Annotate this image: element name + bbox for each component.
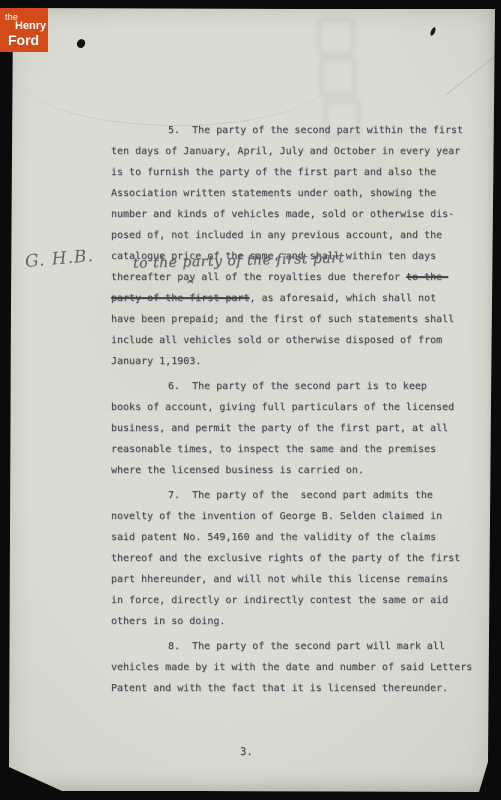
text-line: part hhereunder, and will not while this… xyxy=(111,569,483,590)
insertion-caret-mark: ^ xyxy=(187,274,194,295)
text-line: include all vehicles sold or otherwise d… xyxy=(111,330,483,351)
text-line: 6. The party of the second part is to ke… xyxy=(111,376,483,397)
text-line: reasonable times, to inspect the same an… xyxy=(111,439,483,460)
text-line: Association written statements under oat… xyxy=(111,183,483,204)
text-line: is to furnish the party of the first par… xyxy=(111,162,483,183)
text-line: have been prepaid; and the first of such… xyxy=(111,309,483,330)
text-segment: is to furnish the party of the first par… xyxy=(111,167,436,178)
fold-crease-line xyxy=(22,30,332,126)
text-segment: business, and permit the party of the fi… xyxy=(111,423,448,434)
text-line: ten days of January, April, July and Oct… xyxy=(111,141,483,162)
henry-ford-logo: the Henry Ford xyxy=(0,8,48,52)
page-number: 3. xyxy=(240,746,253,758)
text-segment: ten days of January, April, July and Oct… xyxy=(111,146,460,157)
text-segment: 6. The party of the second part is to ke… xyxy=(168,381,427,392)
text-line: 8. The party of the second part will mar… xyxy=(111,636,483,657)
text-segment: in force, directly or indirectly contest… xyxy=(111,595,448,606)
text-segment: , as aforesaid, which shall not xyxy=(249,293,436,304)
logo-word-henry: Henry xyxy=(15,21,46,32)
text-segment: 8. The party of the second part will mar… xyxy=(168,641,445,652)
text-segment: books of account, giving full particular… xyxy=(111,402,454,413)
text-line: where the licensed business is carried o… xyxy=(111,460,483,481)
text-line: 5. The party of the second part within t… xyxy=(111,120,483,141)
text-line: Patent and with the fact that it is lice… xyxy=(111,678,483,699)
paper-watermark xyxy=(318,18,354,56)
paragraph: 5. The party of the second part within t… xyxy=(111,120,483,372)
text-line: 7. The party of the second part admits t… xyxy=(111,485,483,506)
text-line: said patent No. 549,160 and the validity… xyxy=(111,527,483,548)
text-segment: said patent No. 549,160 and the validity… xyxy=(111,532,436,543)
text-line: party of the first part, as aforesaid, w… xyxy=(111,288,483,309)
paragraph: 8. The party of the second part will mar… xyxy=(111,636,483,699)
text-line: business, and permit the party of the fi… xyxy=(111,418,483,439)
text-segment: Association written statements under oat… xyxy=(111,188,436,199)
text-segment: 5. The party of the second part within t… xyxy=(168,125,463,136)
paragraph: 6. The party of the second part is to ke… xyxy=(111,376,483,481)
text-segment: vehicles made by it with the date and nu… xyxy=(111,662,472,673)
paper-nick-mark xyxy=(429,27,436,37)
text-segment: posed of, not included in any previous a… xyxy=(111,230,442,241)
text-segment: others in so doing. xyxy=(111,616,225,627)
text-segment: thereof and the exclusive rights of the … xyxy=(111,553,460,564)
document-text: to the party of the first part ^ 5. The … xyxy=(111,120,483,703)
text-segment: January 1,1903. xyxy=(111,356,201,367)
text-line: books of account, giving full particular… xyxy=(111,397,483,418)
text-segment: Patent and with the fact that it is lice… xyxy=(111,683,448,694)
logo-word-ford: Ford xyxy=(8,33,39,47)
fold-crease-line xyxy=(445,38,501,95)
text-line: January 1,1903. xyxy=(111,351,483,372)
text-line: posed of, not included in any previous a… xyxy=(111,225,483,246)
text-segment: where the licensed business is carried o… xyxy=(111,465,364,476)
struck-text: to the- xyxy=(406,272,448,283)
text-line: number and kinds of vehicles made, sold … xyxy=(111,204,483,225)
text-segment: include all vehicles sold or otherwise d… xyxy=(111,335,442,346)
struck-text: party of the first part xyxy=(111,293,249,304)
text-segment: part hhereunder, and will not while this… xyxy=(111,574,448,585)
text-segment: 7. The party of the second part admits t… xyxy=(168,490,433,501)
text-segment: number and kinds of vehicles made, sold … xyxy=(111,209,454,220)
paragraph: 7. The party of the second part admits t… xyxy=(111,485,483,632)
text-line: in force, directly or indirectly contest… xyxy=(111,590,483,611)
text-line: vehicles made by it with the date and nu… xyxy=(111,657,483,678)
text-segment: reasonable times, to inspect the same an… xyxy=(111,444,436,455)
text-segment: novelty of the invention of George B. Se… xyxy=(111,511,442,522)
scanned-document-page: the Henry Ford G. H.B. to the party of t… xyxy=(0,0,501,800)
text-segment: have been prepaid; and the first of such… xyxy=(111,314,454,325)
text-line: others in so doing. xyxy=(111,611,483,632)
text-line: novelty of the invention of George B. Se… xyxy=(111,506,483,527)
text-line: thereof and the exclusive rights of the … xyxy=(111,548,483,569)
